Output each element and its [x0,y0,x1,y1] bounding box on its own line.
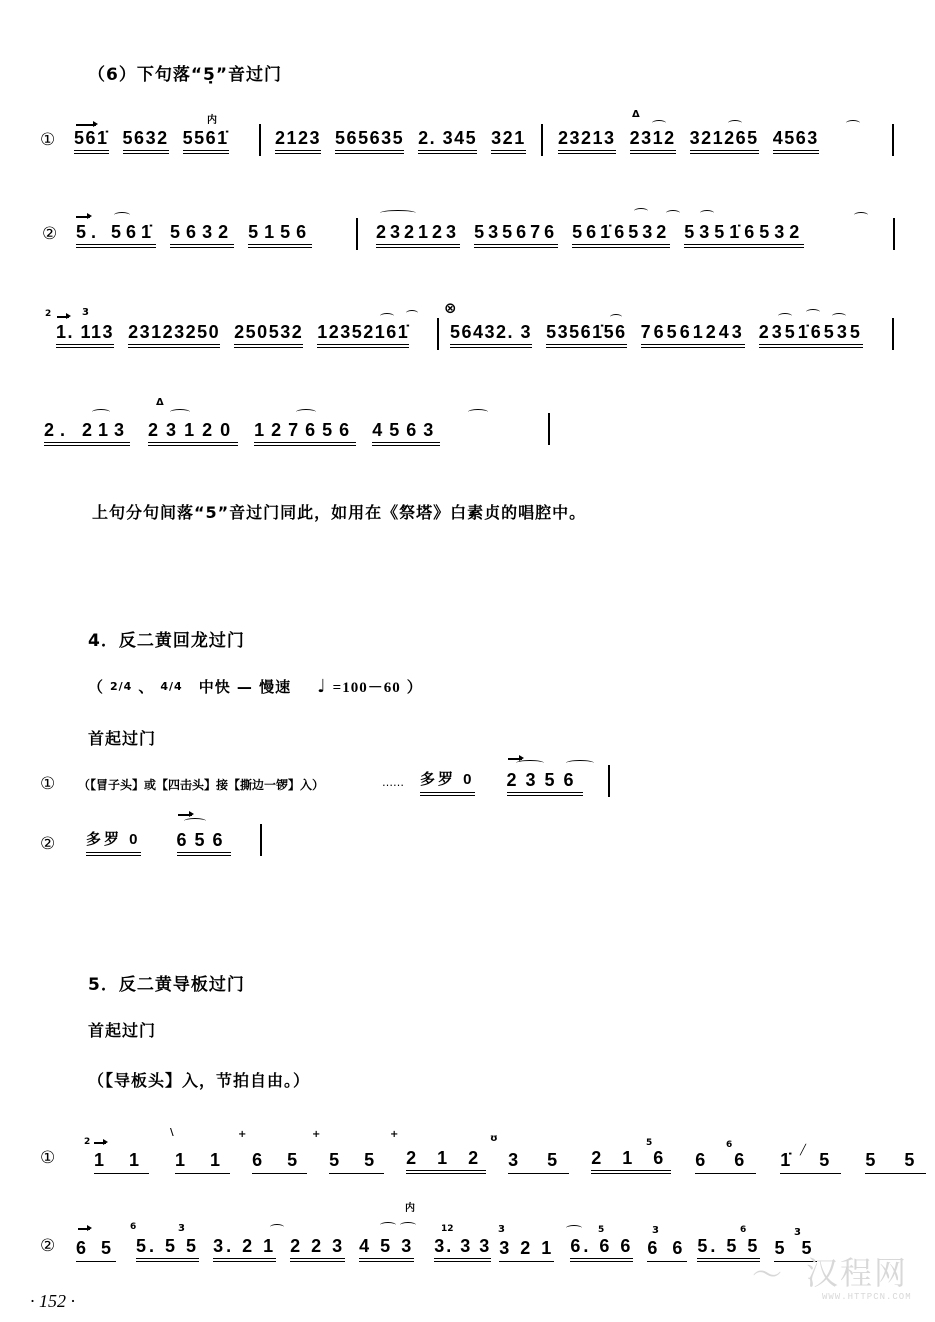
note-group: 5. 5 5 [697,1236,760,1262]
triplet-mark: 3 [498,1225,505,1235]
note-group: 4563 [372,420,440,446]
note-group: 3. 2 1 [213,1236,276,1262]
slur-icon [380,1222,396,1228]
cross-mark-icon: + [238,1130,246,1140]
meter-4-4: 4/4 [160,680,182,693]
slur-icon [728,120,742,126]
note-group: 12352161̇ [317,322,409,348]
bar-line [356,218,358,250]
notation-line-2b: 232123 535676 561̇6532 5351̇6532 [376,222,818,248]
arrow-mark-icon [94,1142,106,1144]
note-group: 1. 113 [56,322,114,348]
bar-line [892,124,894,156]
arrow-mark-icon [78,1228,90,1230]
note-group: 23123250 [128,322,220,348]
note-group: 2356 [507,770,583,796]
note-group: 6 6 [695,1150,756,1174]
note-group: 5351̇6532 [684,222,804,248]
note-group: 5561̇ [183,128,229,154]
triplet-mark: 3 [82,308,89,318]
slur-icon [652,120,666,126]
note-group: 23120 [148,420,238,446]
bar-line [260,824,262,856]
notation-line-3b: 56432. 3 53561̇56 76561243 2351̇6535 [450,322,877,348]
arrow-mark-icon [508,758,522,760]
notation-line-1b: 2123 565635 2. 345 321 [275,128,540,154]
note-group: 5632 [170,222,234,248]
slur-icon [380,313,394,319]
note-group: 6 5 [76,1238,116,1262]
turn-mark-icon: ʊ [490,1134,498,1144]
cross-mark-icon: + [390,1130,398,1140]
bar-line [892,318,894,350]
triangle-mark-icon: Δ [632,110,640,120]
grace-note: 6 [740,1226,746,1235]
notation-line-s5-1: 1 1 1 1 6 5 5 5 2 1 2 3 5 2 1 6 6 6 1̇ 5… [94,1148,935,1174]
arrow-mark-icon [178,814,192,816]
notation-line-s4-1: 多罗 0 2356 [420,770,597,796]
line-number-1: ① [40,130,55,150]
bpm: =100－60 [333,676,401,697]
note-group: 6 5 [252,1150,307,1174]
grace-note: 2 [84,1138,90,1147]
line-number-1: ① [40,1148,55,1168]
note-group: 127656 [254,420,356,446]
section6-note: 上句分句间落“5”音过门同此，如用在《祭塔》白素贞的唱腔中。 [92,500,586,523]
note-group: 5. 5 5 [136,1236,199,1262]
slur-icon [170,409,190,415]
notation-line-s5-2: 6 5 5. 5 5 3. 2 1 2 2 3 4 5 3 3. 3 3 3 2… [76,1236,831,1262]
note-group: 23213 [558,128,616,154]
note-group: 6 6 [647,1238,687,1262]
note-group: 656 [177,830,231,856]
note-group: 53561̇56 [546,322,627,348]
watermark-name: 汉程网 [806,1248,908,1294]
notation-line-3: 1. 113 23123250 250532 12352161̇ [56,322,423,348]
watermark-url: WWW.HTTPCN.COM [822,1292,912,1302]
slur-icon [400,1222,416,1228]
triplet-mark: 3 [652,1226,659,1236]
notation-line-2: 5. 561̇ 5632 5156 [76,222,326,248]
note-group: 2. 213 [44,420,130,446]
duoluo-group: 多罗 0 [86,830,141,856]
page-number: · 152 · [30,1291,75,1312]
slur-icon [406,310,418,316]
section4-subtitle: 首起过门 [88,726,156,749]
note-group: 1̇ 5 [780,1150,841,1174]
section6-title: （6）下句落“5̣”音过门 [88,60,282,85]
arrow-mark-icon [76,216,90,218]
slur-icon [634,208,648,214]
note-group: 3. 3 3 [434,1236,491,1262]
note-group: 561̇6532 [572,222,670,248]
note-group: 2 1 2 [406,1148,486,1174]
slur-icon [610,314,622,320]
meter-separator: 、 [138,676,154,697]
line-number-2: ② [42,224,57,244]
bar-line [608,765,610,797]
watermark-logo-icon: 〜 [752,1250,784,1294]
slur-icon [778,313,792,319]
watermark: 〜 汉程网 WWW.HTTPCN.COM [752,1256,927,1308]
note-group: 2123 [275,128,321,154]
arrow-mark-icon [76,124,96,126]
slur-icon [114,212,130,218]
meter-2-4: 2/4 [110,680,132,693]
note-group: 2. 345 [418,128,477,154]
triplet-mark: 3 [794,1228,801,1238]
note-group: 1 1 [175,1150,230,1174]
paren-close: ） [407,676,423,697]
duoluo-group: 多罗 0 [420,770,475,796]
slur-icon [516,760,544,766]
slur-icon [380,210,416,216]
section4-title: 4．反二黄回龙过门 [88,626,245,651]
note-group: 4563 [773,128,819,154]
slur-icon [806,309,820,315]
grace-note: 6 [726,1141,732,1150]
grace-note: 2 [45,310,51,319]
circle-x-mark-icon: ⊗ [444,303,457,313]
mordent-mark-icon: \ [170,1128,174,1138]
slur-icon [566,1225,582,1231]
note-group: 2 1 6 [591,1148,671,1174]
note-group: 76561243 [641,322,745,348]
slur-icon [270,1224,284,1230]
note-group: 2312 [630,128,676,154]
note-group: 2351̇6535 [759,322,863,348]
slur-icon [832,313,846,319]
triangle-mark-icon: Δ [156,398,164,408]
note-group: 5156 [248,222,312,248]
cross-mark-icon: + [312,1130,320,1140]
note-group: 6. 6 6 [570,1236,633,1262]
nei-mark: 内 [207,116,217,126]
quarter-note-icon: ♩ [317,676,327,697]
paren-open: （ [88,676,104,697]
slide-mark-icon: ╱ [800,1146,806,1156]
slur-icon [296,409,316,415]
grace-note: 12 [441,1225,454,1234]
note-group: 5. 561̇ [76,222,156,248]
bar-line [548,413,550,445]
slur-icon [468,409,488,415]
slur-icon [700,210,714,216]
note-group: 5 5 [865,1150,926,1174]
entry-instruction: （【冒子头】或【四击头】接【撕边一锣】入） [78,776,324,793]
note-group: 321 [491,128,526,154]
bar-line [259,124,261,156]
slur-icon [92,409,110,415]
slur-icon [666,210,680,216]
note-group: 2 2 3 [290,1236,345,1262]
note-group: 535676 [474,222,558,248]
note-group: 565635 [335,128,404,154]
note-group: 321265 [690,128,759,154]
section5-title: 5．反二黄导板过门 [88,970,245,995]
section5-instruction: （【导板头】入，节拍自由。） [88,1068,310,1091]
section5-subtitle: 首起过门 [88,1018,156,1041]
note-group: 56432. 3 [450,322,532,348]
grace-note: 6 [130,1223,136,1232]
arrow-mark-icon [57,316,69,318]
tempo-text: 中快 — 慢速 [199,676,291,697]
notation-line-1c: 23213 2312 321265 4563 [558,128,833,154]
line-number-2: ② [40,834,55,854]
note-group: 561̇ [74,128,109,154]
slur-icon [184,818,206,824]
grace-note: 5 [646,1139,652,1148]
note-group: 232123 [376,222,460,248]
note-group: 5632 [123,128,169,154]
nei-mark: 内 [405,1204,415,1214]
grace-note: 5 [598,1226,604,1235]
note-group: 3 5 [508,1150,569,1174]
bar-line [437,318,439,350]
note-group: 5 5 [329,1150,384,1174]
bar-line [893,218,895,250]
ellipsis: …… [382,776,404,789]
line-number-1: ① [40,774,55,794]
slur-icon [566,760,594,766]
note-group: 250532 [234,322,303,348]
notation-line-s4-2: 多罗 0 656 [86,830,245,856]
notation-line-1: 561̇ 5632 5561̇ [74,128,243,154]
note-group: 3 2 1 [499,1238,554,1262]
bar-line [541,124,543,156]
line-number-2: ② [40,1236,55,1256]
triplet-mark: 3 [178,1224,185,1234]
note-group: 4 5 3 [359,1236,414,1262]
note-group: 1 1 [94,1150,149,1174]
notation-line-4: 2. 213 23120 127656 4563 [44,420,454,446]
slur-icon [846,120,860,126]
slur-icon [854,212,868,218]
tempo-line: （ 2/4 、 4/4 中快 — 慢速 ♩ =100－60 ） [88,676,423,697]
